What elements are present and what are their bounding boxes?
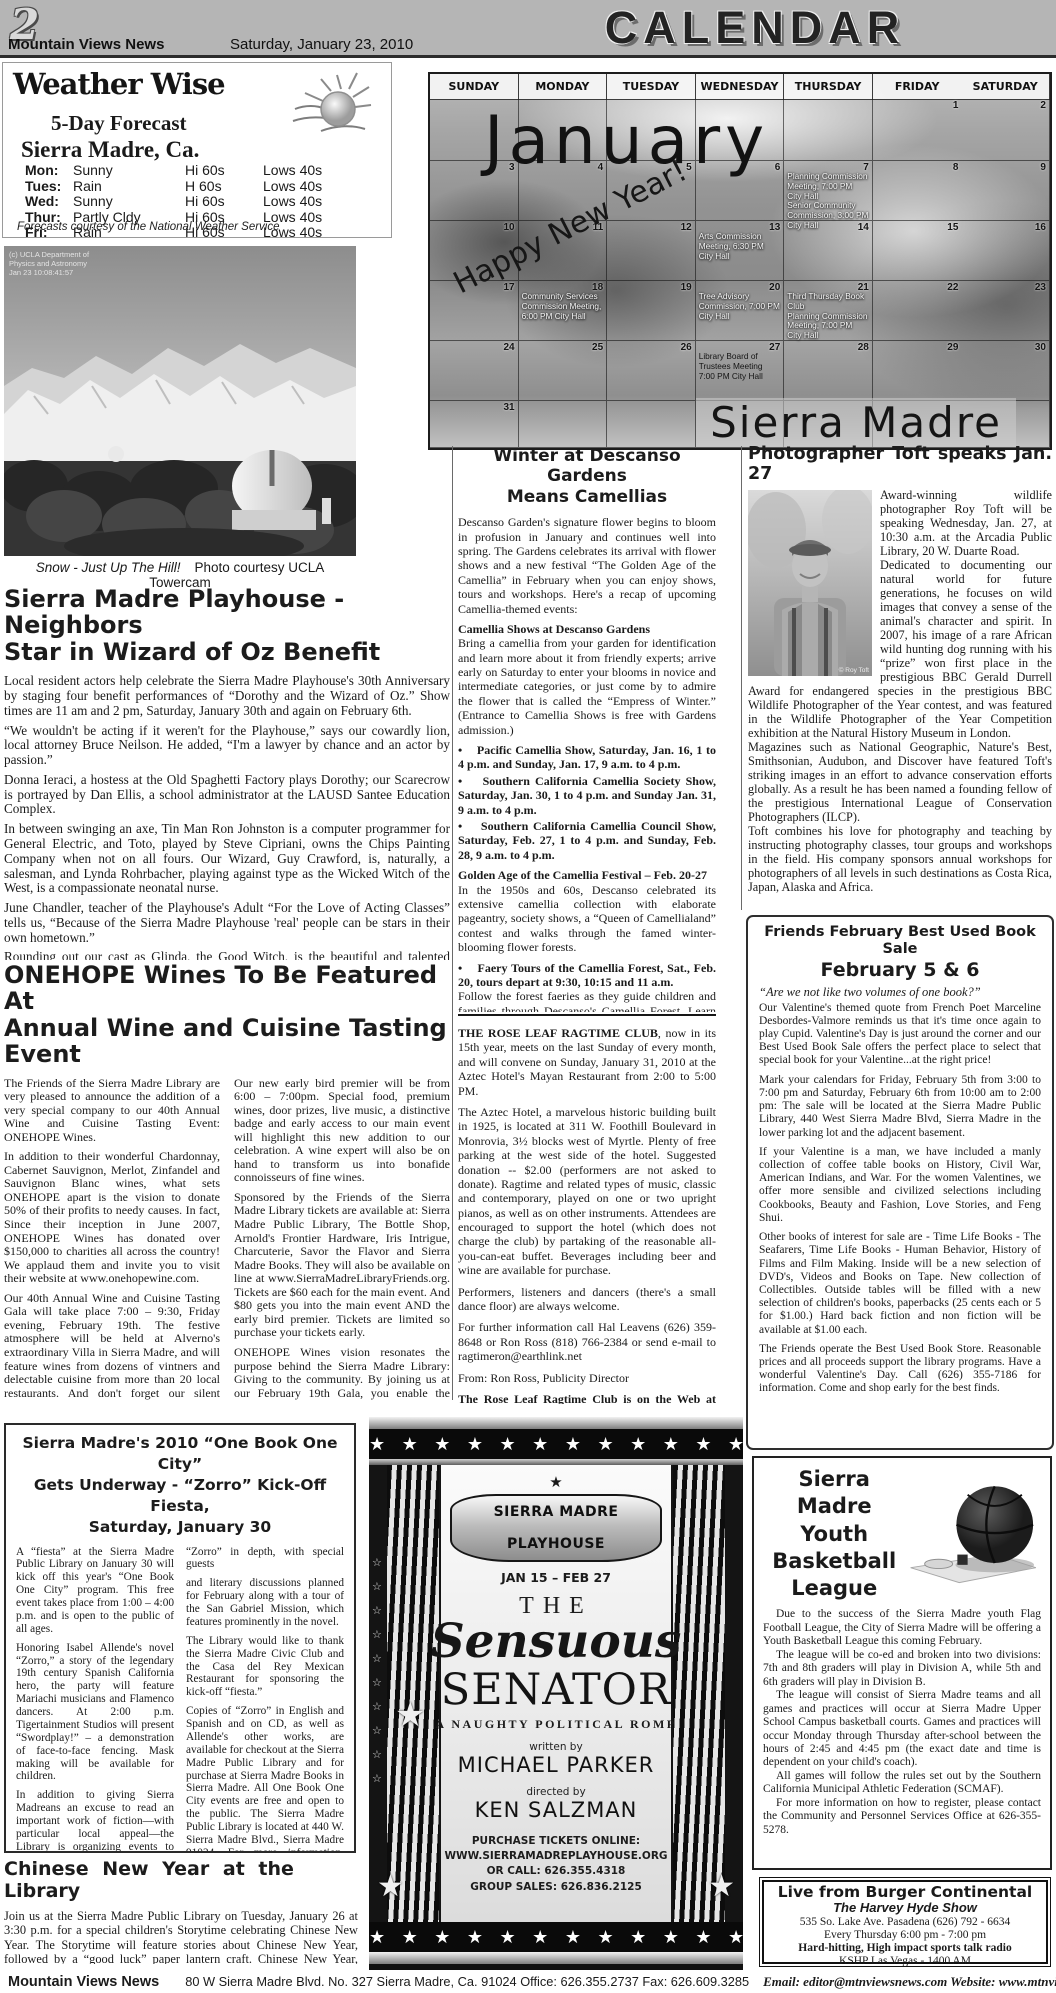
article-paragraph: In between swinging an axe, Tin Man Ron …: [4, 822, 450, 896]
day-events: [607, 401, 695, 412]
day-number: 10: [503, 222, 514, 233]
show-name: The Harvey Hyde Show: [764, 1901, 1046, 1916]
article-paragraph: If your Valentine is a man, we have incl…: [759, 1146, 1041, 1225]
calendar-day-cell: [519, 401, 608, 448]
article-paragraph: Magazines such as National Geographic, N…: [748, 740, 1052, 824]
day-number: 25: [592, 342, 603, 353]
toft-portrait-photo: © Roy Toft: [748, 490, 872, 676]
forecast-source-note: Forecasts courtesy of the National Weath…: [17, 221, 280, 233]
article-paragraph: In the 1950s and 60s, Descanso celebrate…: [458, 883, 716, 955]
day-number: 7: [863, 162, 869, 173]
calendar-day-cell: [607, 401, 696, 448]
day-number: 24: [503, 342, 514, 353]
weekday-label: TUESDAY: [607, 74, 696, 100]
article-paragraph: For further information call Hal Leavens…: [458, 1320, 716, 1363]
forecast-day: Mon:: [25, 163, 73, 179]
web-line: The Rose Leaf Ragtime Club is on the Web…: [458, 1392, 716, 1404]
day-number: 15: [947, 222, 958, 233]
show-description: Hard-hitting, High impact sports talk ra…: [764, 1942, 1046, 1955]
article-headline: Sierra Madre Playhouse - Neighbors Star …: [4, 586, 450, 665]
article-paragraph: Our Valentine's themed quote from French…: [759, 1002, 1041, 1068]
day-number: 23: [1035, 282, 1046, 293]
weekday-label: FRIDAY: [873, 74, 962, 100]
calendar-day-cell: 8: [873, 161, 962, 221]
written-by-label: written by: [529, 1741, 582, 1753]
forecast-condition: Sunny: [73, 163, 185, 179]
article-headline: Sierra Madre Youth Basketball League: [763, 1466, 905, 1602]
weekday-label: THURSDAY: [784, 74, 873, 100]
forecast-high: Hi 60s: [185, 163, 263, 179]
article-paragraph: In addition to their wonderful Chardonna…: [4, 1150, 220, 1285]
day-number: 17: [503, 282, 514, 293]
calendar-day-cell: 12: [607, 221, 696, 281]
article-headline: Friends February Best Used Book Sale: [759, 924, 1041, 959]
day-number: 26: [681, 342, 692, 353]
event-bullet: • Faery Tours of the Camellia Forest, Sa…: [458, 961, 716, 990]
ad-bottom-bar: [369, 1952, 743, 1964]
weekday-label: SUNDAY: [430, 74, 519, 100]
web-line-text: The Rose Leaf Ragtime Club is on the Web…: [458, 1392, 716, 1404]
weather-box: Weather Wise 5-Day Forecast Sierra Madre…: [2, 62, 392, 238]
show-title-main: SENATOR: [441, 1665, 671, 1715]
day-events: [784, 99, 872, 110]
article-youth-basketball: Sierra Madre Youth Basketball League Due…: [752, 1456, 1052, 1870]
article-paragraph: Descanso Garden's signature flower begin…: [458, 515, 716, 616]
calendar-month-title: January: [484, 102, 769, 179]
article-paragraph: Local resident actors help celebrate the…: [4, 674, 450, 718]
forecast-condition: Sunny: [73, 194, 185, 210]
calendar-day-cell: 29: [873, 341, 962, 401]
forecast-day: Tues:: [25, 179, 73, 195]
star-icon: ★: [377, 1869, 404, 1904]
footer-address: 80 W Sierra Madre Blvd. No. 327 Sierra M…: [185, 1974, 749, 1989]
day-number: 31: [503, 402, 514, 413]
article-rose-leaf-ragtime: THE ROSE LEAF RAGTIME CLUB, now in its 1…: [458, 1026, 716, 1404]
calendar-day-cell: 16: [961, 221, 1050, 281]
playhouse-ad[interactable]: ★ ★ ★ ★ ★ ★ ★ ★ ★ ★ ★ ★ ★ ☆ ☆ ☆ ☆ ☆ ☆ ☆ …: [369, 1417, 743, 1970]
forecast-low: Lows 40s: [263, 179, 365, 195]
event-bullet-list: • Pacific Camellia Show, Saturday, Jan. …: [458, 743, 716, 862]
article-paragraph: The Library would like to thank the Sier…: [186, 1635, 344, 1699]
article-paragraph: Our 40th Annual Wine and Cuisine Tasting…: [4, 1292, 220, 1402]
calendar-day-cell: 23: [961, 281, 1050, 341]
article-headline: Winter at Descanso Gardens Means Camelli…: [458, 446, 716, 507]
calendar-day-cell: 20 Tree Advisory Commission, 7:00 PM Cit…: [696, 281, 785, 341]
article-paragraph: The league will consist of Sierra Madre …: [763, 1689, 1041, 1770]
article-paragraph: The Friends operate the Best Used Book S…: [759, 1343, 1041, 1396]
article-body: Due to the success of the Sierra Madre y…: [763, 1608, 1041, 1837]
venue-ribbon: SIERRA MADRE PLAYHOUSE: [450, 1494, 662, 1562]
basketball-icon: [905, 1472, 1041, 1596]
show-tagline: A NAUGHTY POLITICAL ROMP: [435, 1717, 676, 1732]
article-body: Local resident actors help celebrate the…: [4, 674, 450, 960]
article-paragraph: Honoring Isabel Allende's novel “Zorro,”…: [16, 1642, 174, 1784]
calendar-day-cell: 22: [873, 281, 962, 341]
footer-masthead: Mountain Views News: [8, 1974, 159, 1990]
side-stars-icon: ☆ ☆ ☆ ☆ ☆ ☆ ☆ ☆ ☆ ☆: [372, 1551, 382, 1791]
star-icon: ★: [395, 1695, 425, 1735]
day-number: 14: [858, 222, 869, 233]
page-footer: Mountain Views News 80 W Sierra Madre Bl…: [0, 1970, 1056, 1993]
article-subhead: Camellia Shows at Descanso Gardens: [458, 622, 716, 636]
page-header: 2 CALENDAR Mountain Views News Saturday,…: [0, 0, 1056, 58]
day-events: [873, 161, 962, 172]
day-number: 29: [947, 342, 958, 353]
article-subhead: Golden Age of the Camellia Festival – Fe…: [458, 868, 716, 882]
article-paragraph: Sponsored by the Friends of the Sierra M…: [234, 1191, 450, 1340]
directed-by-label: directed by: [526, 1786, 585, 1798]
weekday-label: WEDNESDAY: [696, 74, 785, 100]
calendar-day-cell: 19: [607, 281, 696, 341]
forecast-row: Tues: Rain H 60s Lows 40s: [25, 179, 365, 195]
forecast-condition: Rain: [73, 179, 185, 195]
article-headline: Sierra Madre's 2010 “One Book One City” …: [16, 1433, 344, 1538]
day-number: 28: [858, 342, 869, 353]
day-events: [961, 99, 1049, 110]
day-number: 22: [947, 282, 958, 293]
snow-photo: (c) UCLA Department of Physics and Astro…: [4, 246, 356, 556]
day-number: 8: [953, 162, 959, 173]
section-divider: [458, 1014, 716, 1016]
article-paragraph: The Friends of the Sierra Madre Library …: [4, 1077, 220, 1145]
author-name: MICHAEL PARKER: [458, 1753, 655, 1777]
calendar-day-cell: 26: [607, 341, 696, 401]
forecast-low: Lows 40s: [263, 194, 365, 210]
event-dates: February 5 & 6: [759, 959, 1041, 982]
article-paragraph: Join us at the Sierra Madre Public Libra…: [4, 1909, 358, 1964]
calendar-day-cell: 27 Library Board of Trustees Meeting 7:0…: [696, 341, 785, 401]
calendar-day-cell: [784, 99, 873, 161]
event-bullet: • Southern California Camellia Council S…: [458, 819, 716, 862]
day-events: [873, 99, 962, 110]
ticket-info[interactable]: PURCHASE TICKETS ONLINE: WWW.SIERRAMADRE…: [444, 1834, 667, 1895]
masthead: Mountain Views News: [8, 36, 164, 53]
weekday-label: SATURDAY: [961, 74, 1050, 100]
section-title: CALENDAR: [470, 2, 1040, 54]
day-number: 19: [681, 282, 692, 293]
article-headline: ONEHOPE Wines To Be Featured At Annual W…: [4, 962, 450, 1068]
sun-icon: [291, 65, 375, 146]
day-number: 16: [1035, 222, 1046, 233]
issue-date: Saturday, January 23, 2010: [230, 36, 413, 53]
event-bullet: • Pacific Camellia Show, Saturday, Jan. …: [458, 743, 716, 772]
article-paragraph: Follow the forest faeries as they guide …: [458, 989, 716, 1012]
calendar-day-cell: 9: [961, 161, 1050, 221]
article-paragraph: THE ROSE LEAF RAGTIME CLUB, now in its 1…: [458, 1026, 716, 1098]
show-title-script: Sensuous: [431, 1614, 682, 1669]
pull-quote: “Are we not like two volumes of one book…: [759, 985, 1041, 1000]
article-headline: Chinese New Year at the Library: [4, 1858, 358, 1902]
article-chinese-new-year: Chinese New Year at the Library Join us …: [4, 1858, 358, 1964]
calendar-city-label: Sierra Madre: [696, 398, 1016, 447]
day-events: [961, 161, 1049, 172]
portrait-image: [748, 490, 872, 676]
ad-top-bar: [369, 1417, 743, 1429]
ad-title: Live from Burger Continental: [764, 1884, 1046, 1901]
month-calendar: SUNDAYMONDAYTUESDAYWEDNESDAYTHURSDAYFRID…: [428, 72, 1052, 450]
calendar-day-cell: 7 Planning Commission Meeting, 7:00 PM C…: [784, 161, 873, 221]
article-paragraph: Performers, listeners and dancers (there…: [458, 1285, 716, 1314]
calendar-day-cell: 25: [519, 341, 608, 401]
article-paragraph: The Aztec Hotel, a marvelous historic bu…: [458, 1105, 716, 1278]
calendar-day-cell: 14: [784, 221, 873, 281]
club-name: THE ROSE LEAF RAGTIME CLUB: [458, 1026, 658, 1040]
forecast-low: Lows 40s: [263, 163, 365, 179]
calendar-day-cell: 1: [873, 99, 962, 161]
article-paragraph: All games will follow the rules set out …: [763, 1770, 1041, 1797]
footer-contact: Email: editor@mtnviewsnews.com Website: …: [763, 1974, 1056, 1990]
calendar-day-cell: 15: [873, 221, 962, 281]
calendar-weekday-header: SUNDAYMONDAYTUESDAYWEDNESDAYTHURSDAYFRID…: [430, 74, 1050, 99]
star-row-icon: ★ ★ ★ ★ ★ ★ ★ ★ ★ ★ ★ ★ ★: [369, 1922, 743, 1952]
ad-panel: ★ SIERRA MADRE PLAYHOUSE JAN 15 – FEB 27…: [441, 1465, 671, 1922]
article-wizard-of-oz: Sierra Madre Playhouse - Neighbors Star …: [4, 586, 450, 960]
basketball-header: Sierra Madre Youth Basketball League: [763, 1466, 1041, 1602]
article-headline: Photographer Toft speaks Jan. 27: [748, 444, 1052, 484]
calendar-day-cell: 18 Community Services Commission Meeting…: [519, 281, 608, 341]
ad-center: ☆ ☆ ☆ ☆ ☆ ☆ ☆ ☆ ☆ ☆ ★ ★ ★ ★ SIERRA MADRE…: [369, 1465, 743, 1922]
calendar-day-cell: 28: [784, 341, 873, 401]
article-paragraph: “We wouldn't be acting if it weren't for…: [4, 724, 450, 768]
forecast-title: 5-Day Forecast: [51, 111, 187, 136]
stripe-decoration: [387, 1465, 439, 1922]
column-rule: [741, 446, 742, 910]
article-paragraph: Our new early bird premier will be from …: [234, 1077, 450, 1185]
column-rule: [452, 446, 453, 1400]
article-paragraph: The league will be co-ed and broken into…: [763, 1649, 1041, 1689]
star-icon: ★: [549, 1473, 562, 1492]
show-time: Every Thursday 6:00 pm - 7:00 pm: [764, 1929, 1046, 1942]
day-number: 20: [769, 282, 780, 293]
star-icon: ★: [708, 1869, 735, 1904]
day-number: 21: [858, 282, 869, 293]
article-paragraph: Other books of interest for sale are - T…: [759, 1231, 1041, 1337]
director-name: KEN SALZMAN: [475, 1798, 638, 1822]
article-paragraph: Bring a camellia from your garden for id…: [458, 636, 716, 737]
calendar-day-cell: 31: [430, 401, 519, 448]
article-paragraph: Donna Ieraci, a hostess at the Old Spagh…: [4, 773, 450, 817]
day-number: 18: [592, 282, 603, 293]
calendar-day-cell: 2: [961, 99, 1050, 161]
article-paragraph: For more information on how to register,…: [763, 1797, 1041, 1837]
forecast-row: Wed: Sunny Hi 60s Lows 40s: [25, 194, 365, 210]
calendar-day-cell: 21 Third Thursday Book Club Planning Com…: [784, 281, 873, 341]
day-number: 1: [953, 100, 959, 111]
mountains-image: [4, 246, 356, 556]
article-paragraph: June Chandler, teacher of the Playhouse'…: [4, 901, 450, 945]
forecast-high: H 60s: [185, 179, 263, 195]
event-bullet: • Southern California Camellia Society S…: [458, 774, 716, 817]
article-paragraph: and literary discussions planned for Feb…: [186, 1577, 344, 1629]
photo-credit: © Roy Toft: [839, 667, 869, 674]
calendar-day-cell: 13 Arts Commission Meeting, 6:30 PM City…: [696, 221, 785, 281]
calendar-day-cell: 24: [430, 341, 519, 401]
day-number: 13: [769, 222, 780, 233]
day-number: 2: [1040, 100, 1046, 111]
article-one-book-one-city: Sierra Madre's 2010 “One Book One City” …: [4, 1423, 356, 1853]
star-row-icon: ★ ★ ★ ★ ★ ★ ★ ★ ★ ★ ★ ★ ★: [369, 1429, 743, 1459]
article-paragraph: Mark your calendars for Friday, February…: [759, 1074, 1041, 1140]
article-paragraph: Toft combines his love for photography a…: [748, 824, 1052, 894]
day-number: 9: [1040, 162, 1046, 173]
weekday-label: MONDAY: [519, 74, 608, 100]
article-book-sale: Friends February Best Used Book Sale Feb…: [746, 915, 1054, 1450]
article-paragraph: Rounding out our cast as Glinda, the Goo…: [4, 950, 450, 960]
radio-show-ad[interactable]: Live from Burger Continental The Harvey …: [762, 1880, 1048, 1964]
radio-station: KSHP Las Vegas - 1400 AM: [764, 1955, 1046, 1968]
article-body: Our Valentine's themed quote from French…: [759, 1002, 1041, 1396]
caption-text: Snow - Just Up The Hill!: [36, 560, 181, 575]
forecast-location: Sierra Madre, Ca.: [21, 137, 199, 163]
ad-address: 535 So. Lake Ave. Pasadena (626) 792 - 6…: [764, 1916, 1046, 1929]
article-descanso-gardens: Winter at Descanso Gardens Means Camelli…: [458, 446, 716, 1012]
article-onehope-wines: ONEHOPE Wines To Be Featured At Annual W…: [4, 962, 450, 1402]
byline: From: Ron Ross, Publicity Director: [458, 1371, 716, 1385]
newspaper-page: 2 CALENDAR Mountain Views News Saturday,…: [0, 0, 1056, 1993]
day-number: 6: [775, 162, 781, 173]
weather-title: Weather Wise: [13, 67, 225, 101]
article-body: A “fiesta” at the Sierra Madre Public Li…: [16, 1546, 344, 1853]
forecast-row: Mon: Sunny Hi 60s Lows 40s: [25, 163, 365, 179]
article-photographer-toft: Photographer Toft speaks Jan. 27 © Roy T…: [748, 444, 1052, 912]
forecast-high: Hi 60s: [185, 194, 263, 210]
article-paragraph: Due to the success of the Sierra Madre y…: [763, 1608, 1041, 1648]
day-number: 12: [681, 222, 692, 233]
day-number: 30: [1035, 342, 1046, 353]
article-paragraph: A “fiesta” at the Sierra Madre Public Li…: [16, 1546, 174, 1636]
show-dates: JAN 15 – FEB 27: [501, 1570, 611, 1585]
forecast-day: Wed:: [25, 194, 73, 210]
photo-watermark: (c) UCLA Department of Physics and Astro…: [9, 250, 89, 277]
day-events: [519, 401, 607, 412]
stripe-decoration: [673, 1465, 725, 1922]
calendar-day-cell: 30: [961, 341, 1050, 401]
day-number: 27: [769, 342, 780, 353]
article-body: The Friends of the Sierra Madre Library …: [4, 1077, 450, 1402]
